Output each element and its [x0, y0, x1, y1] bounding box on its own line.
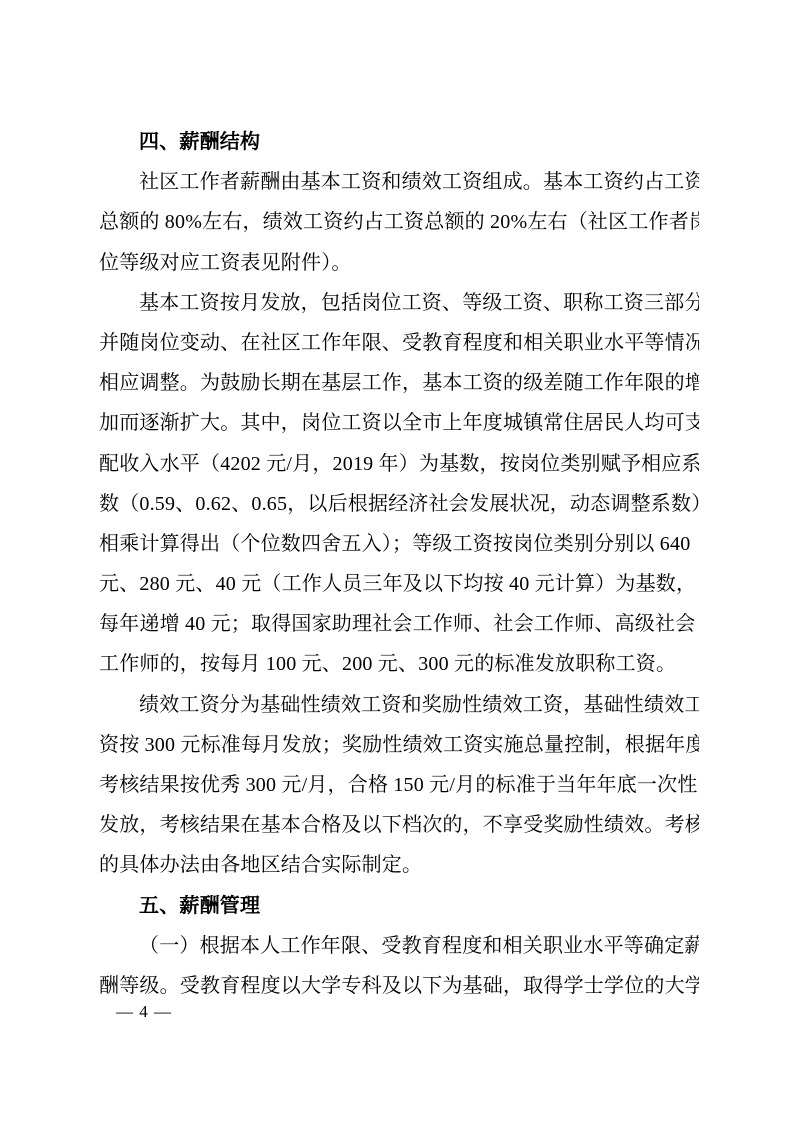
section-4-heading: 四、薪酬结构 [99, 122, 699, 162]
text-line: 酬等级。受教育程度以大学专科及以下为基础，取得学士学位的大学 [99, 966, 699, 1006]
text-line: 数（0.59、0.62、0.65，以后根据经济社会发展状况，动态调整系数） [99, 484, 699, 524]
section-5-heading: 五、薪酬管理 [99, 886, 699, 926]
text-line: 绩效工资分为基础性绩效工资和奖励性绩效工资，基础性绩效工 [99, 685, 699, 725]
text-line: 相应调整。为鼓励长期在基层工作，基本工资的级差随工作年限的增 [99, 363, 699, 403]
text-line: 工作师的，按每月 100 元、200 元、300 元的标准发放职称工资。 [99, 644, 699, 684]
section-4-paragraph-2: 基本工资按月发放，包括岗位工资、等级工资、职称工资三部分， 并随岗位变动、在社区… [99, 283, 699, 685]
text-line: 发放，考核结果在基本合格及以下档次的，不享受奖励性绩效。考核 [99, 805, 699, 845]
text-line: 相乘计算得出（个位数四舍五入）；等级工资按岗位类别分别以 640 [99, 524, 699, 564]
text-line: 加而逐渐扩大。其中，岗位工资以全市上年度城镇常住居民人均可支 [99, 403, 699, 443]
text-line: 元、280 元、40 元（工作人员三年及以下均按 40 元计算）为基数， [99, 564, 699, 604]
text-line: 考核结果按优秀 300 元/月，合格 150 元/月的标准于当年年底一次性 [99, 765, 699, 805]
section-4-paragraph-3: 绩效工资分为基础性绩效工资和奖励性绩效工资，基础性绩效工 资按 300 元标准每… [99, 685, 699, 886]
text-line: 资按 300 元标准每月发放；奖励性绩效工资实施总量控制，根据年度 [99, 725, 699, 765]
section-5-paragraph-1: （一）根据本人工作年限、受教育程度和相关职业水平等确定薪 酬等级。受教育程度以大… [99, 926, 699, 1006]
text-line: 并随岗位变动、在社区工作年限、受教育程度和相关职业水平等情况 [99, 323, 699, 363]
page-number-footer: — 4 — [116, 1000, 172, 1024]
document-page: 四、薪酬结构 社区工作者薪酬由基本工资和绩效工资组成。基本工资约占工资 总额的 … [0, 0, 793, 1122]
text-line: 位等级对应工资表见附件）。 [99, 243, 699, 283]
text-line: 社区工作者薪酬由基本工资和绩效工资组成。基本工资约占工资 [99, 162, 699, 202]
text-line: 总额的 80%左右，绩效工资约占工资总额的 20%左右（社区工作者岗 [99, 202, 699, 242]
text-line: 的具体办法由各地区结合实际制定。 [99, 845, 699, 885]
text-line: （一）根据本人工作年限、受教育程度和相关职业水平等确定薪 [99, 926, 699, 966]
section-4-paragraph-1: 社区工作者薪酬由基本工资和绩效工资组成。基本工资约占工资 总额的 80%左右，绩… [99, 162, 699, 283]
document-body: 四、薪酬结构 社区工作者薪酬由基本工资和绩效工资组成。基本工资约占工资 总额的 … [99, 122, 699, 1006]
text-line: 配收入水平（4202 元/月，2019 年）为基数，按岗位类别赋予相应系 [99, 444, 699, 484]
text-line: 基本工资按月发放，包括岗位工资、等级工资、职称工资三部分， [99, 283, 699, 323]
text-line: 每年递增 40 元；取得国家助理社会工作师、社会工作师、高级社会 [99, 604, 699, 644]
